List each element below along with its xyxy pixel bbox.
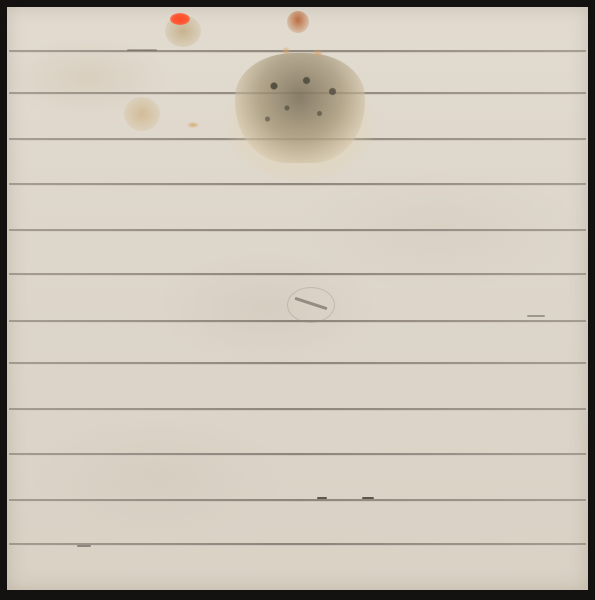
- groove-line: [9, 320, 586, 323]
- orange-spot: [170, 13, 190, 25]
- mold-stain: [235, 53, 365, 163]
- groove-line: [9, 453, 586, 456]
- small-stain-dot: [313, 49, 323, 57]
- lined-tile-board: [7, 7, 588, 590]
- groove-line: [9, 408, 586, 411]
- groove-line: [9, 273, 586, 276]
- small-stain-dot: [187, 122, 199, 128]
- groove-line: [9, 362, 586, 365]
- speck: [77, 545, 91, 547]
- scratch-mark: [287, 287, 335, 323]
- speck: [527, 315, 545, 317]
- speck: [127, 49, 157, 51]
- groove-line: [9, 183, 586, 186]
- groove-line: [9, 499, 586, 502]
- groove-line: [9, 229, 586, 232]
- small-stain-dot: [282, 47, 290, 55]
- speck: [362, 497, 374, 499]
- groove-line: [9, 543, 586, 546]
- speck: [317, 497, 327, 499]
- image-description: Photograph of a weathered off-white tile…: [0, 0, 1, 1]
- tan-stain: [124, 97, 160, 131]
- rust-spot: [287, 11, 309, 33]
